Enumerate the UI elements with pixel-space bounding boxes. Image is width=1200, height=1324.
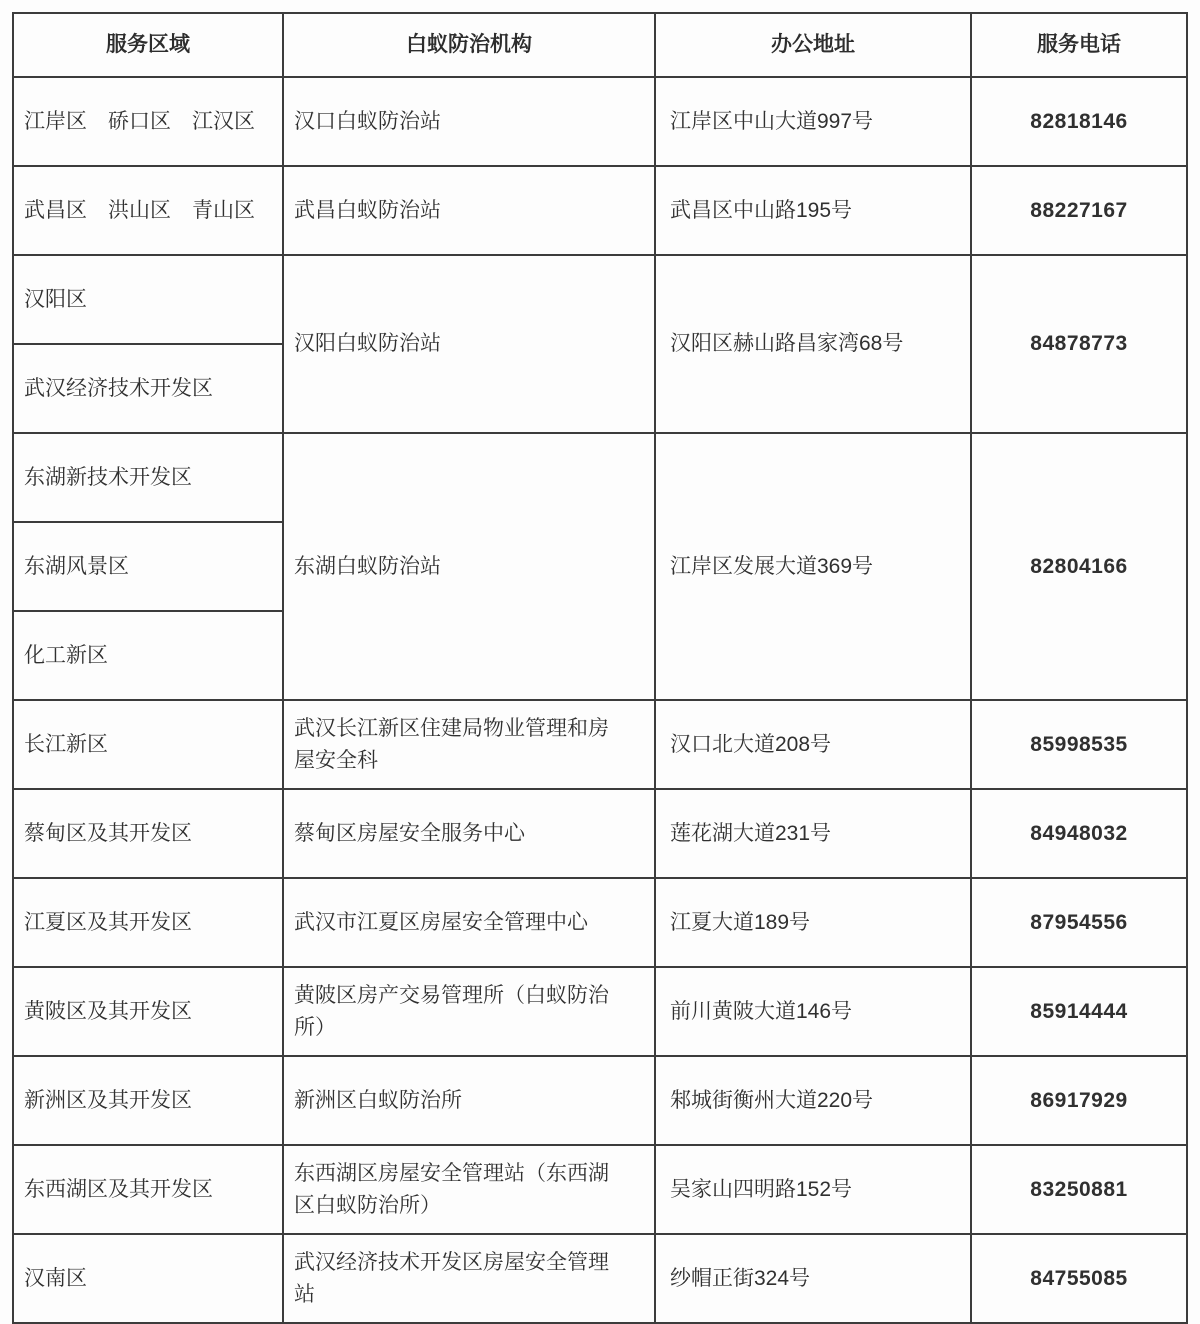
area-cell: 汉南区 xyxy=(13,1234,283,1323)
phone-cell: 85998535 xyxy=(971,700,1187,789)
table-row: 蔡甸区及其开发区 蔡甸区房屋安全服务中心 莲花湖大道231号 84948032 xyxy=(13,789,1187,878)
area-cell: 汉阳区 xyxy=(13,255,283,344)
area-cell: 黄陂区及其开发区 xyxy=(13,967,283,1056)
agency-cell: 武昌白蚁防治站 xyxy=(283,166,655,255)
address-cell: 江岸区中山大道997号 xyxy=(655,77,971,166)
phone-cell: 82804166 xyxy=(971,433,1187,700)
phone-cell: 87954556 xyxy=(971,878,1187,967)
area-cell: 长江新区 xyxy=(13,700,283,789)
table-row: 新洲区及其开发区 新洲区白蚁防治所 邾城街衡州大道220号 86917929 xyxy=(13,1056,1187,1145)
table-row: 东湖新技术开发区 东湖白蚁防治站 江岸区发展大道369号 82804166 xyxy=(13,433,1187,522)
area-cell: 东西湖区及其开发区 xyxy=(13,1145,283,1234)
address-cell: 汉口北大道208号 xyxy=(655,700,971,789)
phone-cell: 88227167 xyxy=(971,166,1187,255)
agency-cell: 东西湖区房屋安全管理站（东西湖区白蚁防治所） xyxy=(283,1145,655,1234)
table-row: 江夏区及其开发区 武汉市江夏区房屋安全管理中心 江夏大道189号 8795455… xyxy=(13,878,1187,967)
phone-cell: 84755085 xyxy=(971,1234,1187,1323)
area-cell: 新洲区及其开发区 xyxy=(13,1056,283,1145)
termite-service-table: 服务区域 白蚁防治机构 办公地址 服务电话 江岸区 硚口区 江汉区 汉口白蚁防治… xyxy=(12,12,1188,1324)
table-row: 武昌区 洪山区 青山区 武昌白蚁防治站 武昌区中山路195号 88227167 xyxy=(13,166,1187,255)
address-cell: 邾城街衡州大道220号 xyxy=(655,1056,971,1145)
agency-cell: 东湖白蚁防治站 xyxy=(283,433,655,700)
area-cell: 东湖风景区 xyxy=(13,522,283,611)
table-row: 长江新区 武汉长江新区住建局物业管理和房屋安全科 汉口北大道208号 85998… xyxy=(13,700,1187,789)
table-row: 汉阳区 汉阳白蚁防治站 汉阳区赫山路昌家湾68号 84878773 xyxy=(13,255,1187,344)
phone-cell: 83250881 xyxy=(971,1145,1187,1234)
column-header-agency: 白蚁防治机构 xyxy=(283,13,655,77)
column-header-office-address: 办公地址 xyxy=(655,13,971,77)
table-row: 黄陂区及其开发区 黄陂区房产交易管理所（白蚁防治所） 前川黄陂大道146号 85… xyxy=(13,967,1187,1056)
area-cell: 蔡甸区及其开发区 xyxy=(13,789,283,878)
area-cell: 化工新区 xyxy=(13,611,283,700)
address-cell: 江夏大道189号 xyxy=(655,878,971,967)
agency-cell: 黄陂区房产交易管理所（白蚁防治所） xyxy=(283,967,655,1056)
agency-cell: 汉阳白蚁防治站 xyxy=(283,255,655,433)
column-header-service-phone: 服务电话 xyxy=(971,13,1187,77)
address-cell: 前川黄陂大道146号 xyxy=(655,967,971,1056)
phone-cell: 86917929 xyxy=(971,1056,1187,1145)
area-cell: 江岸区 硚口区 江汉区 xyxy=(13,77,283,166)
phone-cell: 84878773 xyxy=(971,255,1187,433)
phone-cell: 84948032 xyxy=(971,789,1187,878)
document-page: 服务区域 白蚁防治机构 办公地址 服务电话 江岸区 硚口区 江汉区 汉口白蚁防治… xyxy=(0,0,1200,1324)
header-row: 服务区域 白蚁防治机构 办公地址 服务电话 xyxy=(13,13,1187,77)
agency-cell: 蔡甸区房屋安全服务中心 xyxy=(283,789,655,878)
column-header-service-area: 服务区域 xyxy=(13,13,283,77)
address-cell: 江岸区发展大道369号 xyxy=(655,433,971,700)
table-header: 服务区域 白蚁防治机构 办公地址 服务电话 xyxy=(13,13,1187,77)
agency-cell: 武汉经济技术开发区房屋安全管理站 xyxy=(283,1234,655,1323)
area-cell: 武昌区 洪山区 青山区 xyxy=(13,166,283,255)
phone-cell: 82818146 xyxy=(971,77,1187,166)
address-cell: 吴家山四明路152号 xyxy=(655,1145,971,1234)
address-cell: 汉阳区赫山路昌家湾68号 xyxy=(655,255,971,433)
area-cell: 东湖新技术开发区 xyxy=(13,433,283,522)
agency-cell: 武汉市江夏区房屋安全管理中心 xyxy=(283,878,655,967)
phone-cell: 85914444 xyxy=(971,967,1187,1056)
table-row: 江岸区 硚口区 江汉区 汉口白蚁防治站 江岸区中山大道997号 82818146 xyxy=(13,77,1187,166)
address-cell: 纱帽正街324号 xyxy=(655,1234,971,1323)
address-cell: 莲花湖大道231号 xyxy=(655,789,971,878)
table-row: 东西湖区及其开发区 东西湖区房屋安全管理站（东西湖区白蚁防治所） 吴家山四明路1… xyxy=(13,1145,1187,1234)
address-cell: 武昌区中山路195号 xyxy=(655,166,971,255)
agency-cell: 汉口白蚁防治站 xyxy=(283,77,655,166)
agency-cell: 新洲区白蚁防治所 xyxy=(283,1056,655,1145)
area-cell: 江夏区及其开发区 xyxy=(13,878,283,967)
table-row: 汉南区 武汉经济技术开发区房屋安全管理站 纱帽正街324号 84755085 xyxy=(13,1234,1187,1323)
area-cell: 武汉经济技术开发区 xyxy=(13,344,283,433)
agency-cell: 武汉长江新区住建局物业管理和房屋安全科 xyxy=(283,700,655,789)
